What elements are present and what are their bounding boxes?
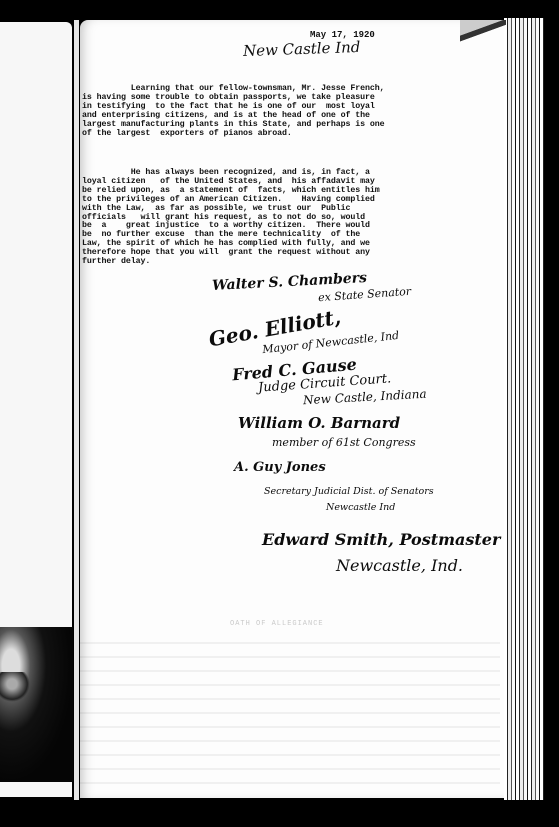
signature-barnard-title: member of 61st Congress bbox=[272, 436, 416, 449]
signature-barnard: William O. Barnard bbox=[238, 414, 400, 432]
bleed-through-lines bbox=[80, 630, 500, 790]
signature-jones-title: Secretary Judicial Dist. of Senators bbox=[264, 486, 434, 497]
paragraph-1: Learning that our fellow-townsman, Mr. J… bbox=[82, 85, 422, 138]
paragraph-2: He has always been recognized, and is, i… bbox=[82, 169, 422, 267]
portrait-photo bbox=[0, 627, 73, 782]
signature-jones: A. Guy Jones bbox=[234, 460, 326, 475]
folded-corner bbox=[460, 20, 506, 42]
signature-smith-title: Newcastle, Ind. bbox=[336, 556, 463, 575]
page-gutter bbox=[74, 20, 79, 800]
stacked-page-edges bbox=[504, 18, 544, 800]
bleed-through-heading: OATH OF ALLEGIANCE bbox=[230, 620, 324, 628]
signature-smith: Edward Smith, Postmaster bbox=[262, 530, 500, 549]
signature-jones-place: Newcastle Ind bbox=[326, 502, 395, 513]
